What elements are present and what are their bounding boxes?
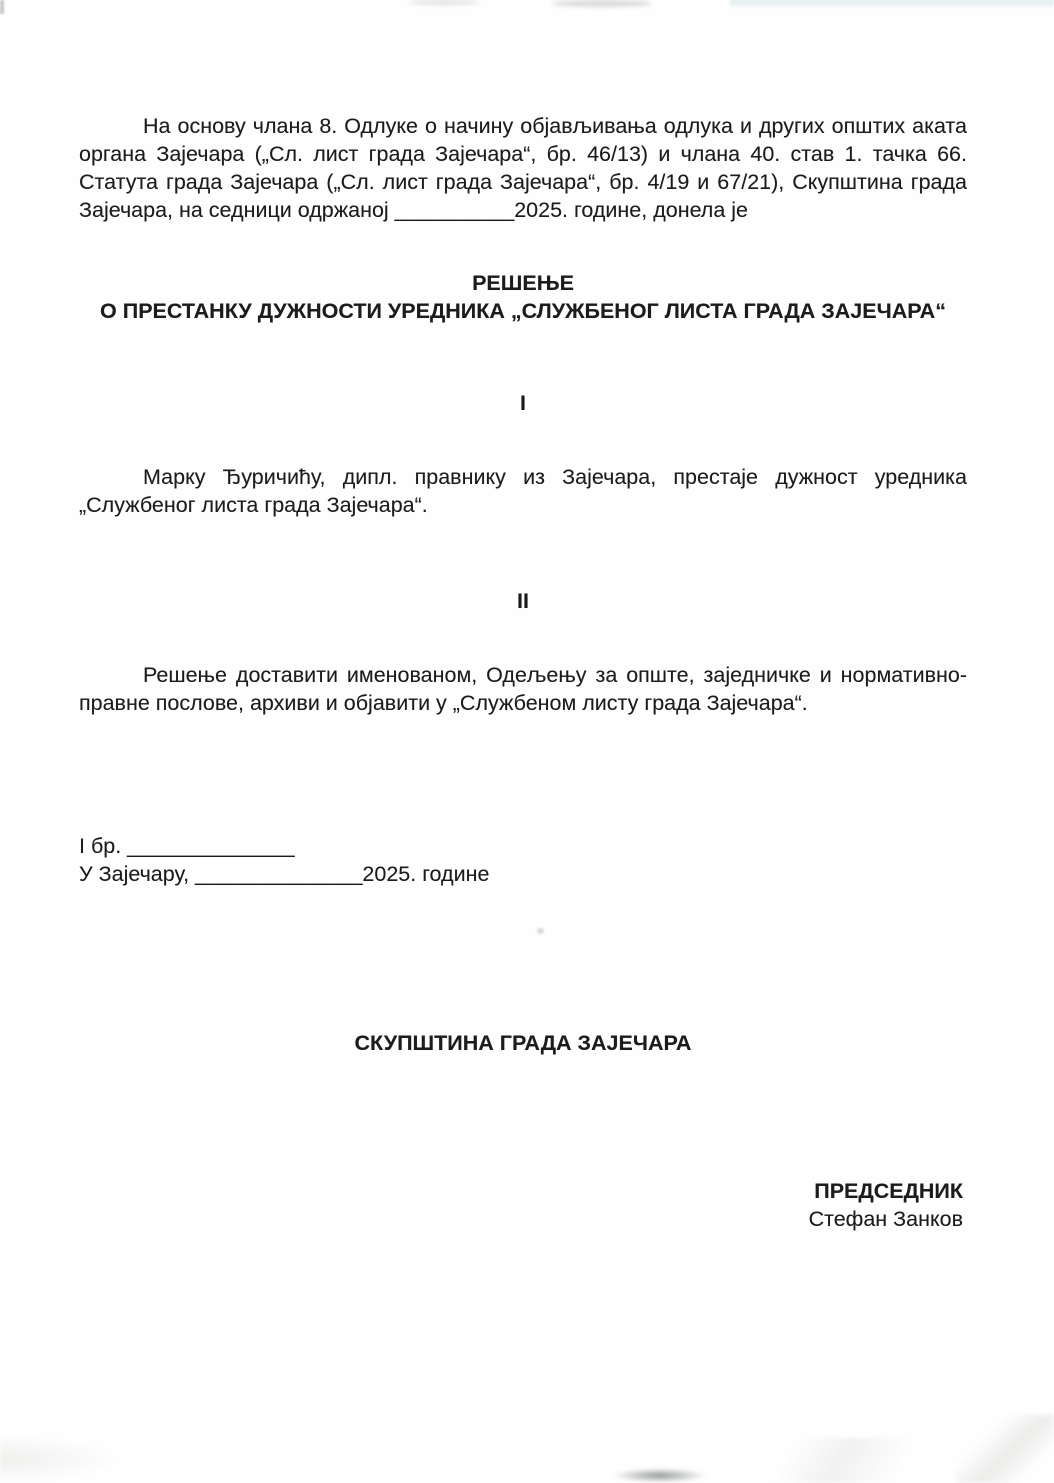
scan-smudge-top: [408, 0, 480, 5]
reference-block: I бр. ______________ У Зајечару, _______…: [79, 832, 967, 888]
issuing-body-heading: СКУПШТИНА ГРАДА ЗАЈЕЧАРА: [79, 1029, 967, 1057]
scan-streak-bottom-right: [760, 1438, 920, 1483]
scan-smudge-top: [552, 0, 652, 7]
scan-dot: [537, 928, 544, 934]
signatory-role: ПРЕДСЕДНИК: [79, 1177, 963, 1205]
signature-block: ПРЕДСЕДНИК Стефан Занков: [79, 1177, 963, 1233]
decision-title-line2: О ПРЕСТАНКУ ДУЖНОСТИ УРЕДНИКА „СЛУЖБЕНОГ…: [79, 297, 967, 325]
section-2-body: Решење доставити именованом, Одељењу за …: [79, 661, 967, 717]
preamble-paragraph: На основу члана 8. Одлуке о начину објав…: [79, 112, 967, 224]
section-1-numeral: I: [79, 389, 967, 417]
place-date-line: У Зајечару, ______________2025. године: [79, 860, 967, 888]
scan-band-top-right: [730, 0, 1054, 9]
scan-streak-bottom-right: [955, 1415, 1054, 1483]
signatory-name: Стефан Занков: [79, 1205, 963, 1233]
scan-haze-bottom-left: [0, 1435, 120, 1483]
scanned-document-page: На основу члана 8. Одлуке о начину објав…: [0, 0, 1054, 1483]
decision-title-line1: РЕШЕЊЕ: [79, 269, 967, 297]
section-2-numeral: II: [79, 587, 967, 615]
section-1-body: Марку Ђуричићу, дипл. правнику из Зајеча…: [79, 463, 967, 519]
decision-title: РЕШЕЊЕ О ПРЕСТАНКУ ДУЖНОСТИ УРЕДНИКА „СЛ…: [79, 269, 967, 325]
scan-smudge-bottom: [612, 1468, 707, 1483]
reference-number-line: I бр. ______________: [79, 832, 967, 860]
scan-tick-left: [0, 0, 4, 14]
